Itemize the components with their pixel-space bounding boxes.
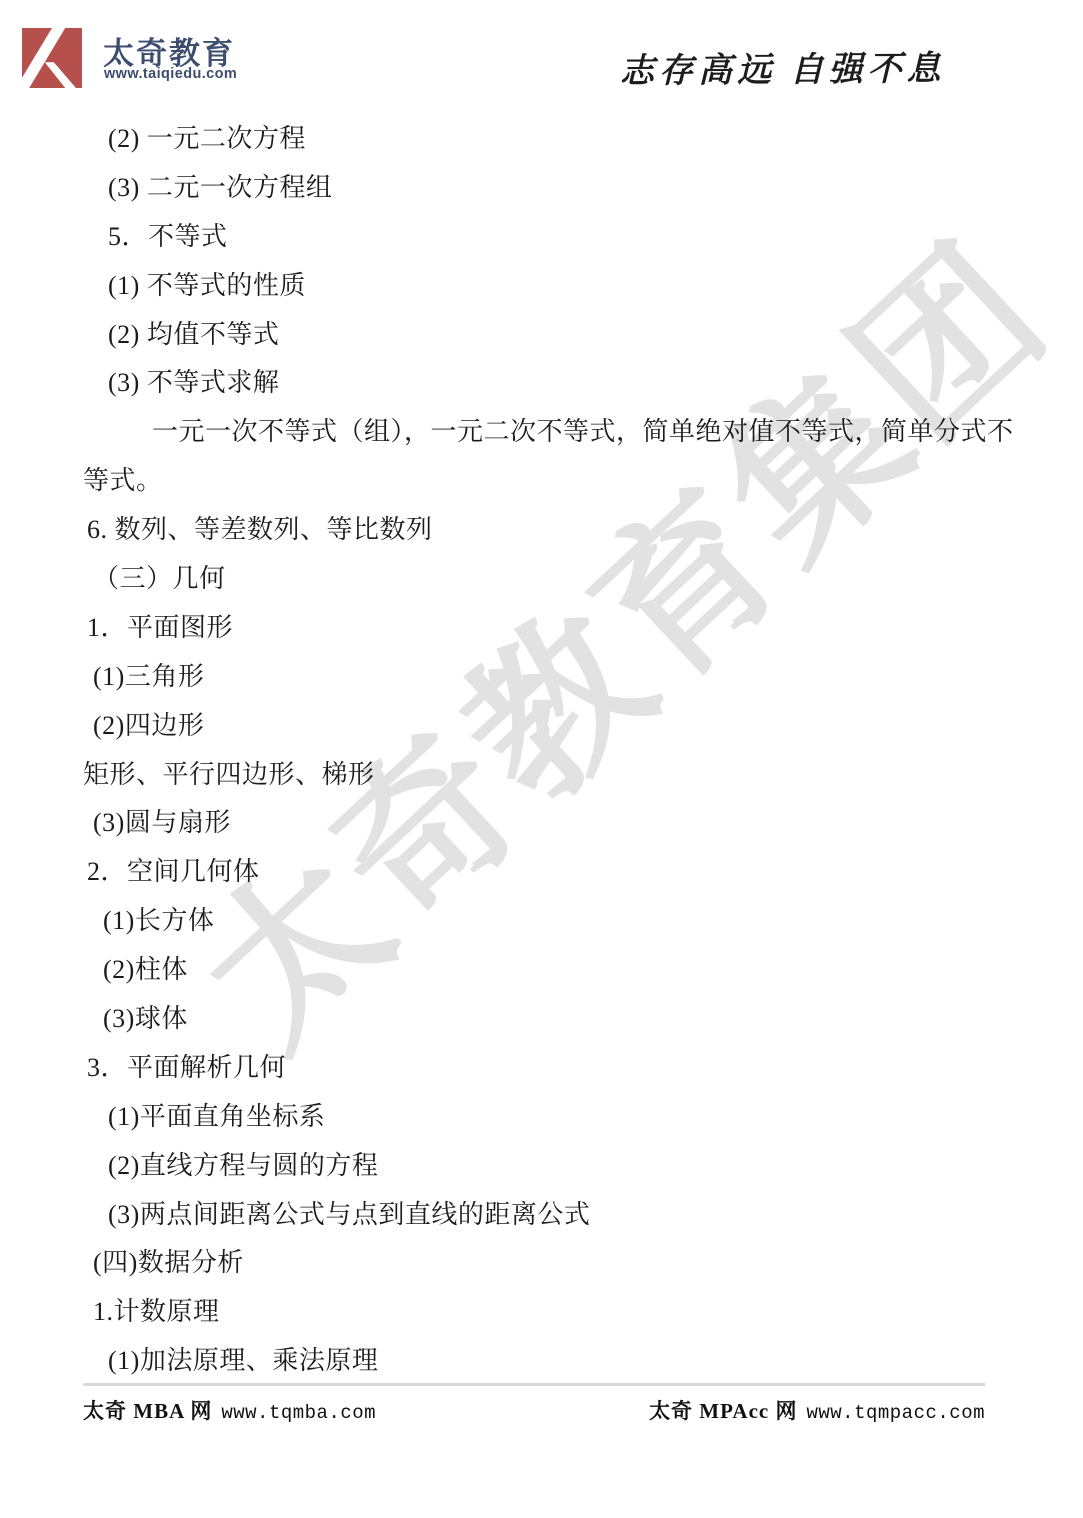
doc-line: （三）几何 xyxy=(93,552,1028,601)
doc-line: (2) 均值不等式 xyxy=(108,308,1028,357)
footer-right: 太奇 MPAcc 网 www.tqmpacc.com xyxy=(649,1395,985,1425)
doc-line: 5．不等式 xyxy=(108,210,1028,259)
footer-right-label: 太奇 MPAcc 网 xyxy=(649,1395,797,1425)
doc-line: (1) 不等式的性质 xyxy=(108,259,1028,308)
doc-line: (1)平面直角坐标系 xyxy=(108,1090,1028,1139)
document-page: 太奇教育集团 太奇教育 www.taiqiedu.com 志存高远 自强不息 (… xyxy=(0,0,1083,1518)
calligraphy-slogan: 志存高远 自强不息 xyxy=(619,41,945,93)
doc-line: (3)球体 xyxy=(103,992,1028,1041)
document-body: (2) 一元二次方程 (3) 二元一次方程组 5．不等式 (1) 不等式的性质 … xyxy=(83,112,1028,1383)
doc-line: (2)直线方程与圆的方程 xyxy=(108,1139,1028,1188)
doc-line: (1)长方体 xyxy=(103,894,1028,943)
taiqi-logo-icon xyxy=(22,27,82,89)
page-header: 太奇教育 www.taiqiedu.com 志存高远 自强不息 xyxy=(0,0,1083,110)
doc-line: 等式。 xyxy=(83,454,1028,503)
footer-left-label: 太奇 MBA 网 xyxy=(83,1395,212,1425)
doc-line: (2)柱体 xyxy=(103,943,1028,992)
doc-line: (3) 不等式求解 xyxy=(108,356,1028,405)
doc-line: (四)数据分析 xyxy=(93,1236,1028,1285)
doc-line: (3)圆与扇形 xyxy=(93,796,1028,845)
doc-line: (3)两点间距离公式与点到直线的距离公式 xyxy=(108,1188,1028,1237)
footer-left-url: www.tqmba.com xyxy=(221,1402,376,1424)
doc-line: 一元一次不等式（组），一元二次不等式，简单绝对值不等式，简单分式不 xyxy=(152,405,1028,454)
doc-line: 3．平面解析几何 xyxy=(87,1041,1028,1090)
doc-line: (1)三角形 xyxy=(93,650,1028,699)
footer-left: 太奇 MBA 网 www.tqmba.com xyxy=(83,1395,376,1425)
footer-right-url: www.tqmpacc.com xyxy=(806,1402,985,1424)
page-footer: 太奇 MBA 网 www.tqmba.com 太奇 MPAcc 网 www.tq… xyxy=(83,1383,985,1425)
doc-line: (1)加法原理、乘法原理 xyxy=(108,1334,1028,1383)
doc-line: 6. 数列、等差数列、等比数列 xyxy=(87,503,1028,552)
doc-line: 1．平面图形 xyxy=(87,601,1028,650)
doc-line: 2．空间几何体 xyxy=(87,845,1028,894)
doc-line: (3) 二元一次方程组 xyxy=(108,161,1028,210)
doc-line: 1.计数原理 xyxy=(93,1285,1028,1334)
doc-line: (2)四边形 xyxy=(93,699,1028,748)
brand-website: www.taiqiedu.com xyxy=(104,66,237,82)
doc-line: (2) 一元二次方程 xyxy=(108,112,1028,161)
doc-line: 矩形、平行四边形、梯形 xyxy=(83,748,1028,797)
